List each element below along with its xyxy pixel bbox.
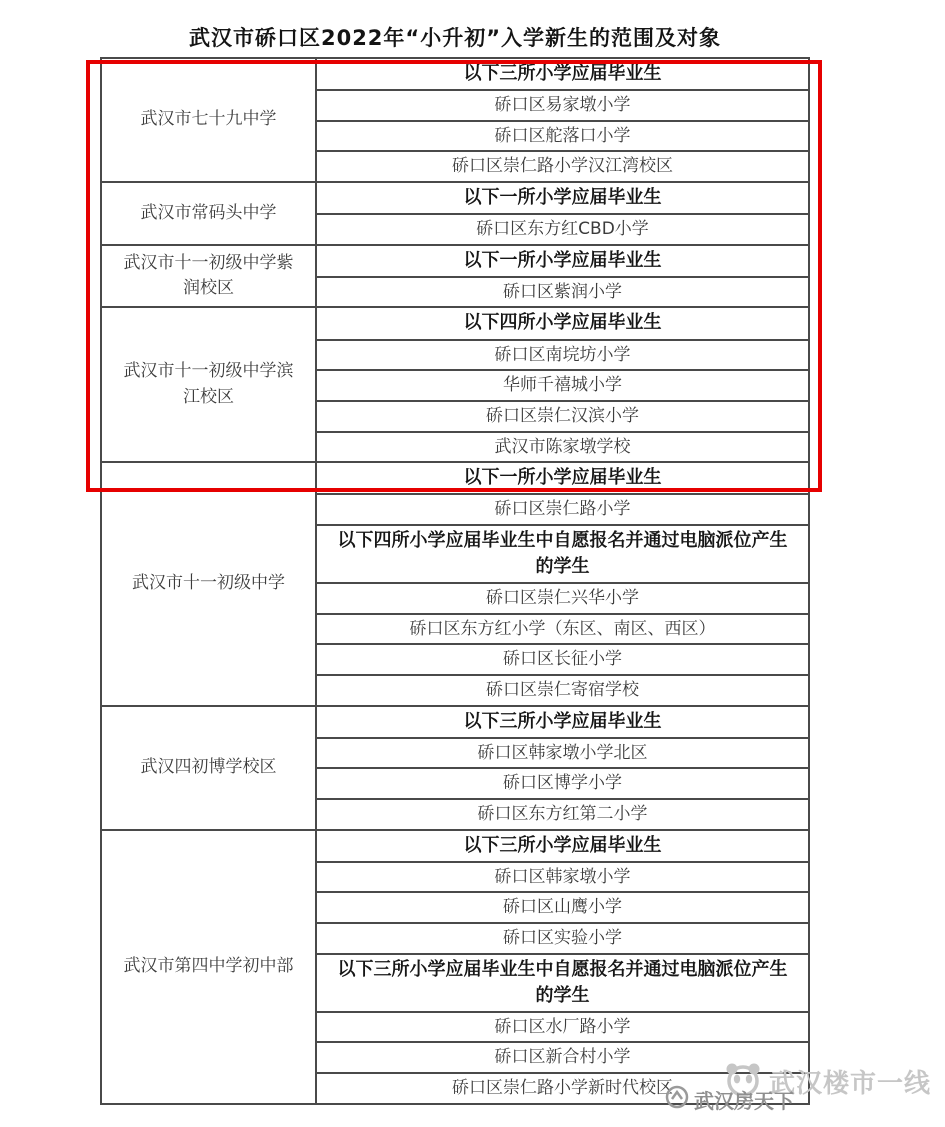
category-header-cell: 以下一所小学应届毕业生 [316,245,809,277]
feeder-school-cell: 硚口区韩家墩小学北区 [316,738,809,769]
table-row: 武汉市七十九中学以下三所小学应届毕业生 [101,58,809,90]
feeder-school-cell: 硚口区崇仁兴华小学 [316,583,809,614]
category-header-cell: 以下三所小学应届毕业生 [316,830,809,862]
middle-school-cell: 武汉四初博学校区 [101,706,316,830]
feeder-school-cell: 硚口区水厂路小学 [316,1012,809,1043]
feeder-school-cell: 硚口区东方红小学（东区、南区、西区） [316,614,809,645]
feeder-school-cell: 硚口区紫润小学 [316,277,809,308]
admission-table-body: 武汉市七十九中学以下三所小学应届毕业生硚口区易家墩小学硚口区舵落口小学硚口区崇仁… [101,58,809,1104]
middle-school-cell: 武汉市十一初级中学滨江校区 [101,307,316,462]
middle-school-cell: 武汉市十一初级中学 [101,462,316,705]
feeder-school-cell: 硚口区崇仁路小学 [316,494,809,525]
table-row: 武汉市十一初级中学以下一所小学应届毕业生 [101,462,809,494]
feeder-school-cell: 硚口区长征小学 [316,644,809,675]
category-header-cell: 以下一所小学应届毕业生 [316,462,809,494]
category-header-cell: 以下三所小学应届毕业生 [316,706,809,738]
page-title: 武汉市硚口区2022年“小升初”入学新生的范围及对象 [100,22,810,52]
feeder-school-cell: 硚口区博学小学 [316,768,809,799]
feeder-school-cell: 硚口区山鹰小学 [316,892,809,923]
feeder-school-cell: 硚口区易家墩小学 [316,90,809,121]
table-row: 武汉市十一初级中学紫润校区以下一所小学应届毕业生 [101,245,809,277]
feeder-school-cell: 硚口区崇仁汉滨小学 [316,401,809,432]
middle-school-cell: 武汉市第四中学初中部 [101,830,316,1104]
feeder-school-cell: 华师千禧城小学 [316,370,809,401]
feeder-school-cell: 硚口区实验小学 [316,923,809,954]
feeder-school-cell: 硚口区崇仁路小学新时代校区 [316,1073,809,1104]
feeder-school-cell: 硚口区崇仁寄宿学校 [316,675,809,706]
feeder-school-cell: 武汉市陈家墩学校 [316,432,809,463]
feeder-school-cell: 硚口区东方红第二小学 [316,799,809,830]
document-page: 武汉市硚口区2022年“小升初”入学新生的范围及对象 武汉市七十九中学以下三所小… [0,0,945,1127]
feeder-school-cell: 硚口区舵落口小学 [316,121,809,152]
category-header-cell: 以下四所小学应届毕业生 [316,307,809,339]
feeder-school-cell: 硚口区韩家墩小学 [316,862,809,893]
category-header-cell: 以下四所小学应届毕业生中自愿报名并通过电脑派位产生的学生 [316,525,809,583]
middle-school-cell: 武汉市七十九中学 [101,58,316,182]
table-row: 武汉四初博学校区以下三所小学应届毕业生 [101,706,809,738]
feeder-school-cell: 硚口区南垸坊小学 [316,340,809,371]
category-header-cell: 以下三所小学应届毕业生中自愿报名并通过电脑派位产生的学生 [316,954,809,1012]
feeder-school-cell: 硚口区新合村小学 [316,1042,809,1073]
middle-school-cell: 武汉市常码头中学 [101,182,316,245]
category-header-cell: 以下一所小学应届毕业生 [316,182,809,214]
admission-table: 武汉市七十九中学以下三所小学应届毕业生硚口区易家墩小学硚口区舵落口小学硚口区崇仁… [100,57,810,1105]
table-row: 武汉市常码头中学以下一所小学应届毕业生 [101,182,809,214]
table-row: 武汉市十一初级中学滨江校区以下四所小学应届毕业生 [101,307,809,339]
feeder-school-cell: 硚口区东方红CBD小学 [316,214,809,245]
feeder-school-cell: 硚口区崇仁路小学汉江湾校区 [316,151,809,182]
middle-school-cell: 武汉市十一初级中学紫润校区 [101,245,316,308]
category-header-cell: 以下三所小学应届毕业生 [316,58,809,90]
table-row: 武汉市第四中学初中部以下三所小学应届毕业生 [101,830,809,862]
